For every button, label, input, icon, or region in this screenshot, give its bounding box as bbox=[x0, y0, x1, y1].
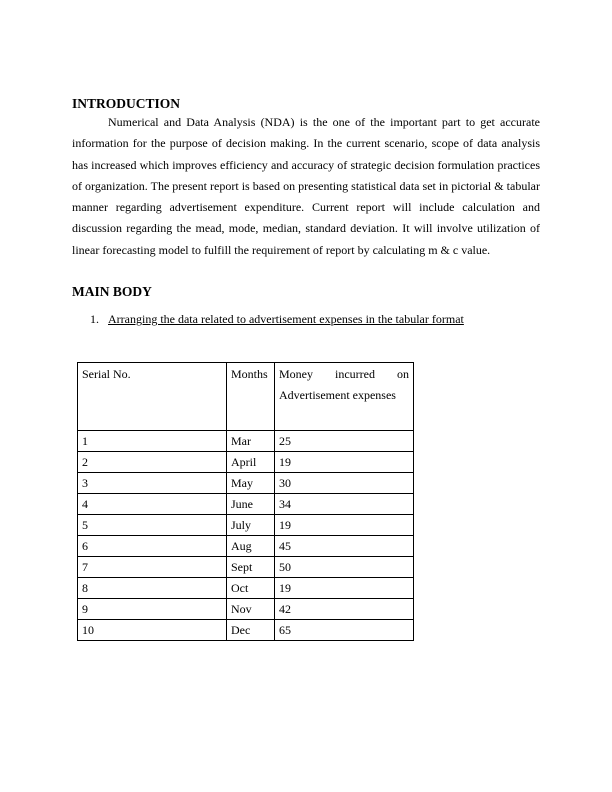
cell-amount: 19 bbox=[275, 578, 414, 599]
cell-month: May bbox=[227, 473, 275, 494]
cell-month: Aug bbox=[227, 536, 275, 557]
cell-serial: 6 bbox=[78, 536, 227, 557]
table-row: 8Oct19 bbox=[78, 578, 414, 599]
table-row: 10Dec65 bbox=[78, 620, 414, 641]
list-item: 1.Arranging the data related to advertis… bbox=[90, 311, 464, 327]
header-money: Money incurred on Advertisement expenses bbox=[275, 363, 414, 431]
cell-amount: 30 bbox=[275, 473, 414, 494]
table-row: 6Aug45 bbox=[78, 536, 414, 557]
cell-month: Mar bbox=[227, 431, 275, 452]
header-money-line1: Money incurred on bbox=[279, 364, 409, 385]
list-item-number: 1. bbox=[90, 311, 108, 327]
introduction-heading: INTRODUCTION bbox=[72, 96, 180, 112]
cell-amount: 65 bbox=[275, 620, 414, 641]
cell-serial: 3 bbox=[78, 473, 227, 494]
cell-month: June bbox=[227, 494, 275, 515]
table-row: 9Nov42 bbox=[78, 599, 414, 620]
table-row: 5July19 bbox=[78, 515, 414, 536]
table-row: 4June34 bbox=[78, 494, 414, 515]
table-row: 3May30 bbox=[78, 473, 414, 494]
table-row: 1Mar25 bbox=[78, 431, 414, 452]
cell-serial: 8 bbox=[78, 578, 227, 599]
header-months: Months bbox=[227, 363, 275, 431]
table-header-row: Serial No. Months Money incurred on Adve… bbox=[78, 363, 414, 431]
cell-month: April bbox=[227, 452, 275, 473]
header-money-line2: Advertisement expenses bbox=[279, 385, 409, 406]
cell-month: Dec bbox=[227, 620, 275, 641]
cell-amount: 25 bbox=[275, 431, 414, 452]
cell-amount: 19 bbox=[275, 515, 414, 536]
introduction-paragraph: Numerical and Data Analysis (NDA) is the… bbox=[72, 112, 540, 261]
cell-serial: 5 bbox=[78, 515, 227, 536]
header-serial-no: Serial No. bbox=[78, 363, 227, 431]
advertisement-expenses-table: Serial No. Months Money incurred on Adve… bbox=[77, 362, 414, 641]
cell-month: Sept bbox=[227, 557, 275, 578]
cell-month: July bbox=[227, 515, 275, 536]
cell-serial: 1 bbox=[78, 431, 227, 452]
list-item-text: Arranging the data related to advertisem… bbox=[108, 312, 464, 326]
table-row: 2April19 bbox=[78, 452, 414, 473]
cell-month: Nov bbox=[227, 599, 275, 620]
cell-serial: 10 bbox=[78, 620, 227, 641]
cell-month: Oct bbox=[227, 578, 275, 599]
cell-serial: 7 bbox=[78, 557, 227, 578]
cell-amount: 50 bbox=[275, 557, 414, 578]
cell-amount: 42 bbox=[275, 599, 414, 620]
cell-amount: 45 bbox=[275, 536, 414, 557]
table-row: 7Sept50 bbox=[78, 557, 414, 578]
cell-serial: 9 bbox=[78, 599, 227, 620]
cell-serial: 2 bbox=[78, 452, 227, 473]
cell-amount: 19 bbox=[275, 452, 414, 473]
cell-serial: 4 bbox=[78, 494, 227, 515]
main-body-heading: MAIN BODY bbox=[72, 284, 152, 300]
cell-amount: 34 bbox=[275, 494, 414, 515]
